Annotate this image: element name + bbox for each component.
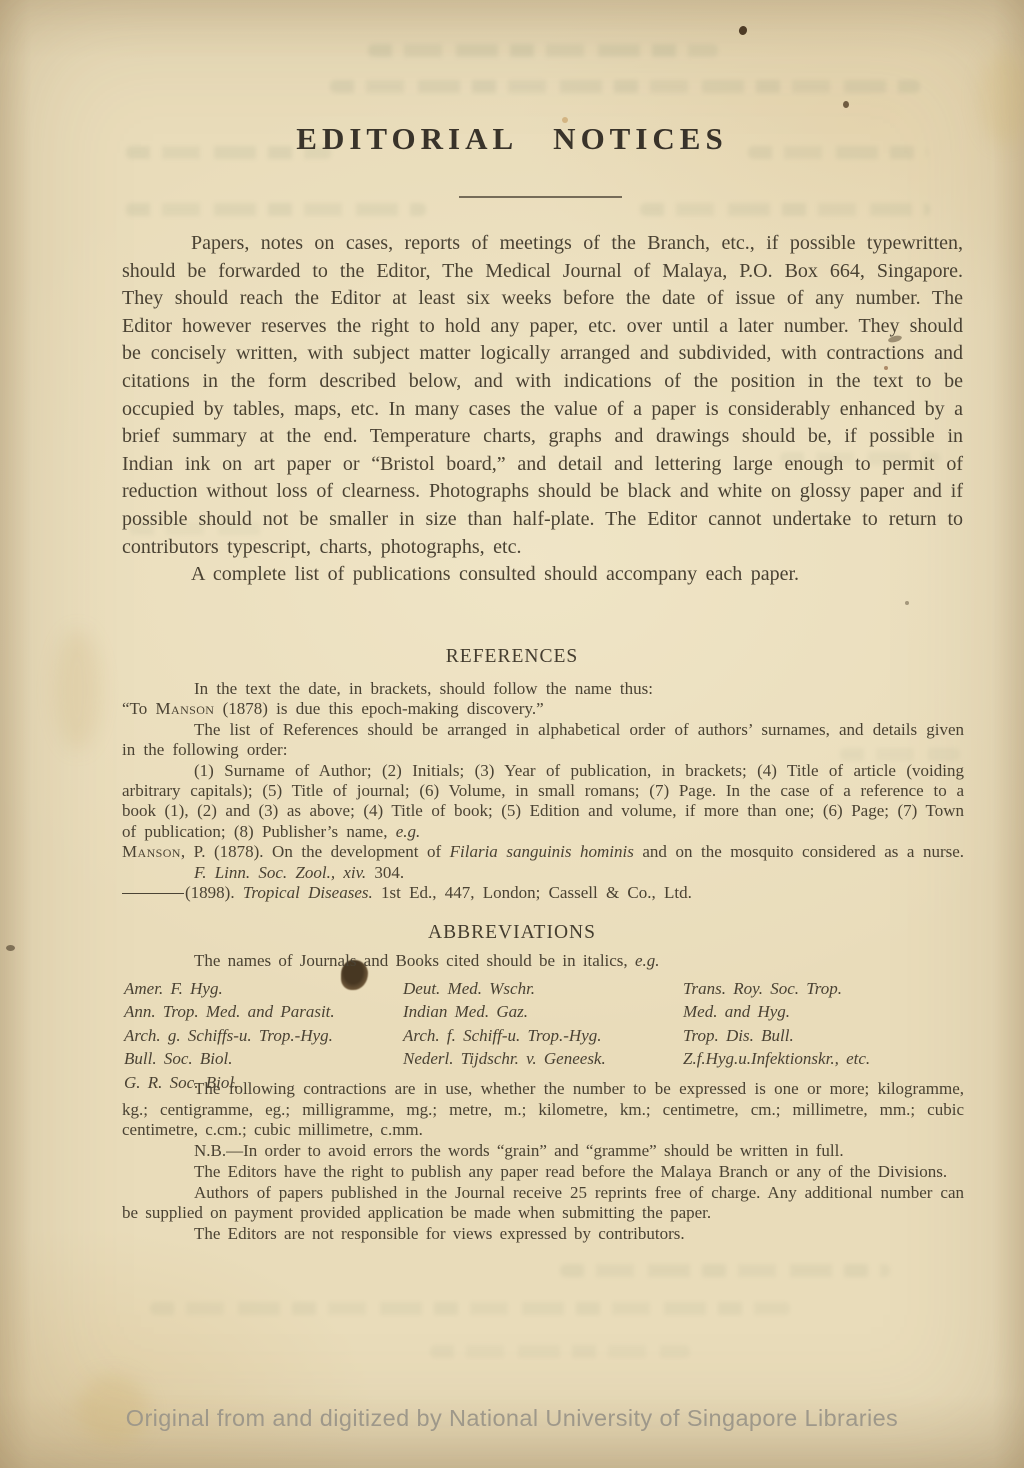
author-smallcaps: Manson (122, 842, 181, 861)
intro-paragraph: Papers, notes on cases, reports of meeti… (122, 230, 963, 561)
foxing-speck (843, 101, 849, 108)
book-title-italic: Tropical Diseases. (243, 883, 373, 902)
entry-text: and on the mosquito considered as a nurs… (634, 842, 964, 861)
references-arrangement: The list of References should be arrange… (122, 720, 964, 761)
show-through-ghost (126, 203, 426, 216)
order-eg-italic: e.g. (396, 822, 421, 841)
abbr-eg-italic: e.g. (635, 951, 660, 970)
title-divider-rule (459, 196, 622, 198)
show-through-ghost (368, 44, 718, 57)
abbreviation-entry: Arch. g. Schiffs-u. Trop.-Hyg. (124, 1024, 403, 1047)
reprints-note: Authors of papers published in the Journ… (122, 1183, 964, 1224)
author-smallcaps: Manson (156, 699, 215, 718)
editorial-intro: Papers, notes on cases, reports of meeti… (122, 230, 963, 589)
references-intro-line: In the text the date, in brackets, shoul… (122, 679, 964, 699)
show-through-ghost (640, 203, 930, 216)
nb-note: N.B.—In order to avoid errors the words … (122, 1141, 964, 1162)
repeat-author-dash (122, 893, 184, 894)
reference-entry-manson-1878: Manson, P. (1878). On the development of… (122, 842, 964, 883)
abbreviation-entry: Indian Med. Gaz. (403, 1000, 683, 1023)
contractions-note: The following contractions are in use, w… (122, 1079, 964, 1141)
foxing-speck (738, 25, 749, 36)
abbreviations-table: Amer. F. Hyg.Ann. Trop. Med. and Parasit… (124, 977, 1004, 1094)
abbreviation-entry: Bull. Soc. Biol. (124, 1047, 403, 1070)
references-heading: REFERENCES (0, 646, 1024, 668)
publish-right-note: The Editors have the right to publish an… (122, 1162, 964, 1183)
abbreviation-entry: Amer. F. Hyg. (124, 977, 403, 1000)
order-text: (1) Surname of Author; (2) Initials; (3)… (122, 761, 964, 841)
abbr-intro-text: The names of Journals and Books cited sh… (194, 951, 635, 970)
references-order-list: (1) Surname of Author; (2) Initials; (3)… (122, 761, 964, 843)
abbreviation-entry: Trans. Roy. Soc. Trop. (683, 977, 1004, 1000)
abbreviation-entry: Ann. Trop. Med. and Parasit. (124, 1000, 403, 1023)
entry-text: (1898). (185, 883, 243, 902)
disclaimer-note: The Editors are not responsible for view… (122, 1224, 964, 1245)
example-suffix: (1878) is due this epoch-making discover… (214, 699, 543, 718)
editorial-notes-section: The following contractions are in use, w… (122, 1079, 964, 1245)
journal-italic: F. Linn. Soc. Zool., xiv. (194, 863, 366, 882)
abbreviation-entry: Deut. Med. Wschr. (403, 977, 683, 1000)
show-through-ghost (560, 1264, 890, 1277)
reference-entry-manson-1898: (1898). Tropical Diseases. 1st Ed., 447,… (122, 883, 964, 903)
show-through-ghost (150, 1302, 790, 1315)
species-italic: Filaria sanguinis hominis (450, 842, 634, 861)
abbreviation-entry: Trop. Dis. Bull. (683, 1024, 1004, 1047)
foxing-speck (905, 601, 909, 605)
abbreviation-entry: Z.f.Hyg.u.Infektionskr., etc. (683, 1047, 1004, 1070)
digitization-credit: Original from and digitized by National … (0, 1405, 1024, 1432)
abbreviations-column-1: Amer. F. Hyg.Ann. Trop. Med. and Parasit… (124, 977, 403, 1094)
abbreviations-column-2: Deut. Med. Wschr.Indian Med. Gaz.Arch. f… (403, 977, 683, 1094)
show-through-ghost (330, 80, 920, 93)
abbreviation-entry: Arch. f. Schiff-u. Trop.-Hyg. (403, 1024, 683, 1047)
example-prefix: “To (122, 699, 156, 718)
page-title: EDITORIAL NOTICES (0, 121, 1024, 157)
abbreviations-intro: The names of Journals and Books cited sh… (122, 951, 964, 971)
abbreviations-heading: ABBREVIATIONS (0, 922, 1024, 944)
scanned-page: EDITORIAL NOTICES Papers, notes on cases… (0, 0, 1024, 1468)
references-example-line: “To Manson (1878) is due this epoch-maki… (122, 699, 964, 719)
entry-text: 304. (366, 863, 404, 882)
references-section: In the text the date, in brackets, shoul… (122, 679, 964, 903)
abbreviation-entry: Nederl. Tijdschr. v. Geneesk. (403, 1047, 683, 1070)
entry-text: 1st Ed., 447, London; Cassell & Co., Ltd… (373, 883, 692, 902)
abbreviation-entry: Med. and Hyg. (683, 1000, 1004, 1023)
foxing-speck (6, 945, 15, 951)
entry-text: , P. (1878). On the development of (181, 842, 450, 861)
intro-closing-line: A complete list of publications consulte… (122, 561, 963, 589)
abbreviations-column-3: Trans. Roy. Soc. Trop.Med. and Hyg.Trop.… (683, 977, 1004, 1094)
show-through-ghost (430, 1345, 690, 1358)
